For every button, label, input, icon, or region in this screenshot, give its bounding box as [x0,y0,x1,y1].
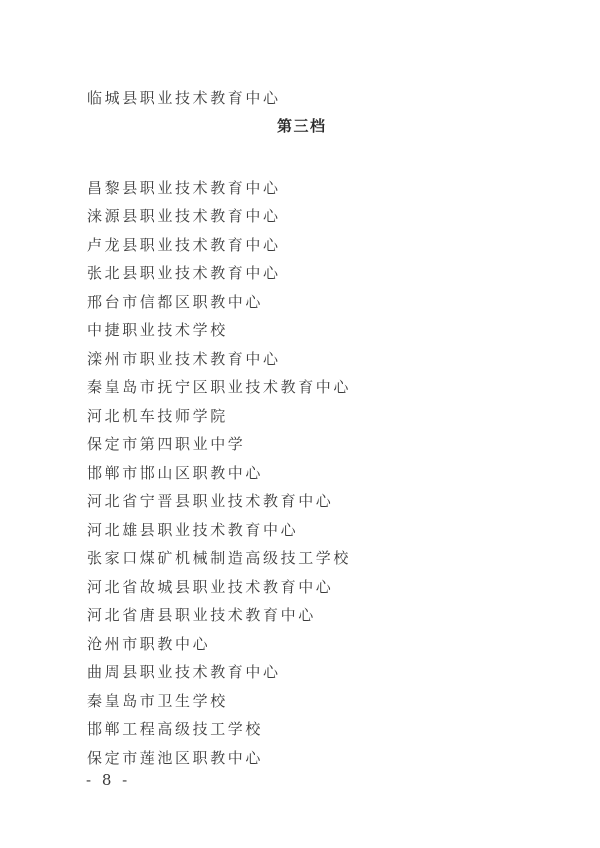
list-item: 沧州市职教中心 [87,634,210,654]
list-item: 涞源县职业技术教育中心 [87,206,281,226]
document-page: 临城县职业技术教育中心 第三档 昌黎县职业技术教育中心 涞源县职业技术教育中心 … [0,0,600,848]
list-item: 河北省故城县职业技术教育中心 [87,577,333,597]
list-item: 邯郸工程高级技工学校 [87,719,263,739]
list-item: 保定市第四职业中学 [87,434,245,454]
page-number: - 8 - [86,770,130,790]
list-item: 张家口煤矿机械制造高级技工学校 [87,548,351,568]
list-item: 河北省唐县职业技术教育中心 [87,605,316,625]
list-item: 保定市莲池区职教中心 [87,748,263,768]
list-item-preceding: 临城县职业技术教育中心 [87,88,281,108]
list-item: 河北机车技师学院 [87,406,228,426]
list-item: 张北县职业技术教育中心 [87,263,281,283]
list-item: 河北省宁晋县职业技术教育中心 [87,491,333,511]
list-item: 卢龙县职业技术教育中心 [87,235,281,255]
list-item: 邢台市信都区职教中心 [87,292,263,312]
list-item: 中捷职业技术学校 [87,320,228,340]
list-item: 秦皇岛市卫生学校 [87,691,228,711]
section-heading: 第三档 [277,116,327,136]
list-item: 滦州市职业技术教育中心 [87,349,281,369]
list-item: 昌黎县职业技术教育中心 [87,178,281,198]
list-item: 曲周县职业技术教育中心 [87,662,281,682]
list-item: 河北雄县职业技术教育中心 [87,520,298,540]
list-item: 邯郸市邯山区职教中心 [87,463,263,483]
list-item: 秦皇岛市抚宁区职业技术教育中心 [87,377,351,397]
